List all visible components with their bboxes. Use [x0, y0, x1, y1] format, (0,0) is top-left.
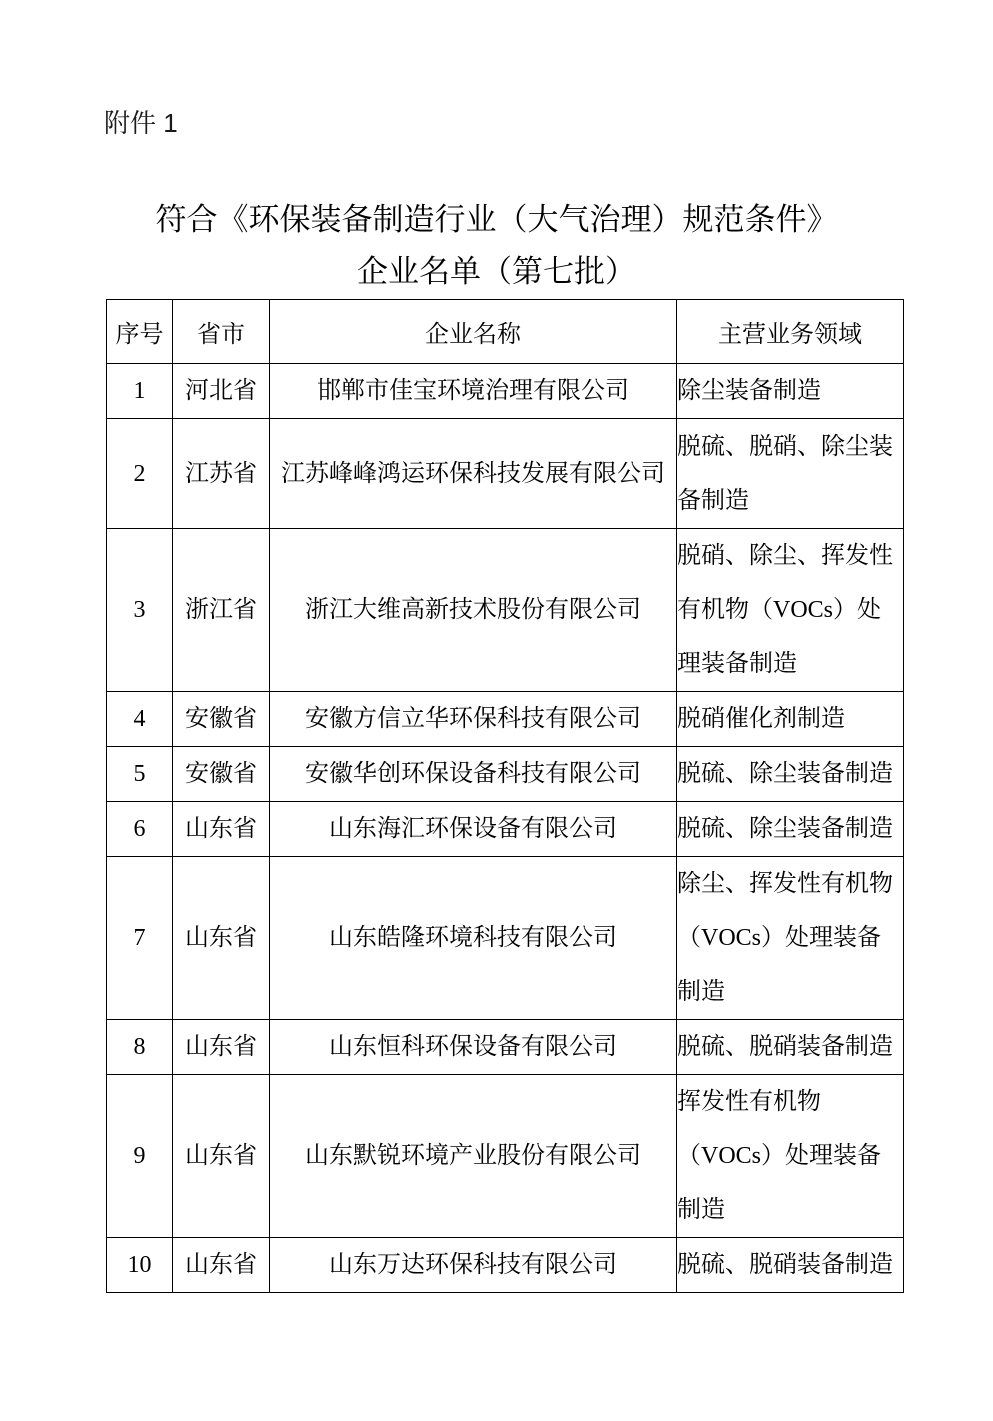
cell-index: 9	[107, 1075, 173, 1238]
table-row: 9 山东省 山东默锐环境产业股份有限公司 挥发性有机物 （VOCs）处理装备 制…	[107, 1075, 904, 1238]
table-row: 10 山东省 山东万达环保科技有限公司 脱硫、脱硝装备制造	[107, 1238, 904, 1293]
table-body: 1 河北省 邯郸市佳宝环境治理有限公司 除尘装备制造 2 江苏省 江苏峰峰鸿运环…	[107, 364, 904, 1293]
cell-business-area: 脱硫、脱硝装备制造	[677, 1238, 904, 1293]
cell-province: 安徽省	[173, 692, 270, 747]
cell-business-area: 挥发性有机物 （VOCs）处理装备 制造	[677, 1075, 904, 1238]
table-row: 2 江苏省 江苏峰峰鸿运环保科技发展有限公司 脱硫、脱硝、除尘装 备制造	[107, 419, 904, 529]
cell-company-name: 安徽华创环保设备科技有限公司	[270, 747, 677, 802]
cell-province: 山东省	[173, 1075, 270, 1238]
column-header-business-area: 主营业务领域	[677, 300, 904, 364]
table-header: 序号 省市 企业名称 主营业务领域	[107, 300, 904, 364]
cell-business-area: 脱硝催化剂制造	[677, 692, 904, 747]
cell-business-area: 脱硫、除尘装备制造	[677, 747, 904, 802]
table-row: 8 山东省 山东恒科环保设备有限公司 脱硫、脱硝装备制造	[107, 1020, 904, 1075]
document-title: 符合《环保装备制造行业（大气治理）规范条件》 企业名单（第七批）	[0, 194, 993, 298]
cell-index: 1	[107, 364, 173, 419]
cell-company-name: 山东皓隆环境科技有限公司	[270, 857, 677, 1020]
table-header-row: 序号 省市 企业名称 主营业务领域	[107, 300, 904, 364]
cell-company-name: 山东默锐环境产业股份有限公司	[270, 1075, 677, 1238]
document-title-line-1: 符合《环保装备制造行业（大气治理）规范条件》	[0, 194, 993, 246]
cell-company-name: 邯郸市佳宝环境治理有限公司	[270, 364, 677, 419]
cell-province: 山东省	[173, 857, 270, 1020]
cell-business-area: 脱硝、除尘、挥发性 有机物（VOCs）处 理装备制造	[677, 529, 904, 692]
column-header-index: 序号	[107, 300, 173, 364]
companies-table: 序号 省市 企业名称 主营业务领域 1 河北省 邯郸市佳宝环境治理有限公司 除尘…	[106, 299, 904, 1293]
cell-business-area: 脱硫、除尘装备制造	[677, 802, 904, 857]
cell-index: 2	[107, 419, 173, 529]
attachment-label: 附件 1	[104, 106, 178, 140]
cell-index: 6	[107, 802, 173, 857]
document-title-line-2: 企业名单（第七批）	[0, 246, 993, 298]
cell-company-name: 安徽方信立华环保科技有限公司	[270, 692, 677, 747]
cell-company-name: 山东海汇环保设备有限公司	[270, 802, 677, 857]
cell-index: 5	[107, 747, 173, 802]
cell-index: 3	[107, 529, 173, 692]
cell-province: 山东省	[173, 1238, 270, 1293]
document-page: { "page": { "attachment_label": "附件 1", …	[0, 0, 993, 1421]
cell-business-area: 除尘、挥发性有机物 （VOCs）处理装备 制造	[677, 857, 904, 1020]
cell-index: 4	[107, 692, 173, 747]
cell-business-area: 除尘装备制造	[677, 364, 904, 419]
cell-business-area: 脱硫、脱硝、除尘装 备制造	[677, 419, 904, 529]
cell-company-name: 浙江大维高新技术股份有限公司	[270, 529, 677, 692]
table-row: 4 安徽省 安徽方信立华环保科技有限公司 脱硝催化剂制造	[107, 692, 904, 747]
cell-province: 山东省	[173, 1020, 270, 1075]
table-row: 7 山东省 山东皓隆环境科技有限公司 除尘、挥发性有机物 （VOCs）处理装备 …	[107, 857, 904, 1020]
column-header-province: 省市	[173, 300, 270, 364]
table-row: 1 河北省 邯郸市佳宝环境治理有限公司 除尘装备制造	[107, 364, 904, 419]
cell-company-name: 江苏峰峰鸿运环保科技发展有限公司	[270, 419, 677, 529]
cell-province: 山东省	[173, 802, 270, 857]
cell-index: 10	[107, 1238, 173, 1293]
table-row: 6 山东省 山东海汇环保设备有限公司 脱硫、除尘装备制造	[107, 802, 904, 857]
column-header-company-name: 企业名称	[270, 300, 677, 364]
table-row: 5 安徽省 安徽华创环保设备科技有限公司 脱硫、除尘装备制造	[107, 747, 904, 802]
cell-province: 河北省	[173, 364, 270, 419]
cell-company-name: 山东恒科环保设备有限公司	[270, 1020, 677, 1075]
cell-index: 8	[107, 1020, 173, 1075]
cell-index: 7	[107, 857, 173, 1020]
cell-province: 浙江省	[173, 529, 270, 692]
table-row: 3 浙江省 浙江大维高新技术股份有限公司 脱硝、除尘、挥发性 有机物（VOCs）…	[107, 529, 904, 692]
cell-province: 江苏省	[173, 419, 270, 529]
cell-company-name: 山东万达环保科技有限公司	[270, 1238, 677, 1293]
cell-business-area: 脱硫、脱硝装备制造	[677, 1020, 904, 1075]
cell-province: 安徽省	[173, 747, 270, 802]
